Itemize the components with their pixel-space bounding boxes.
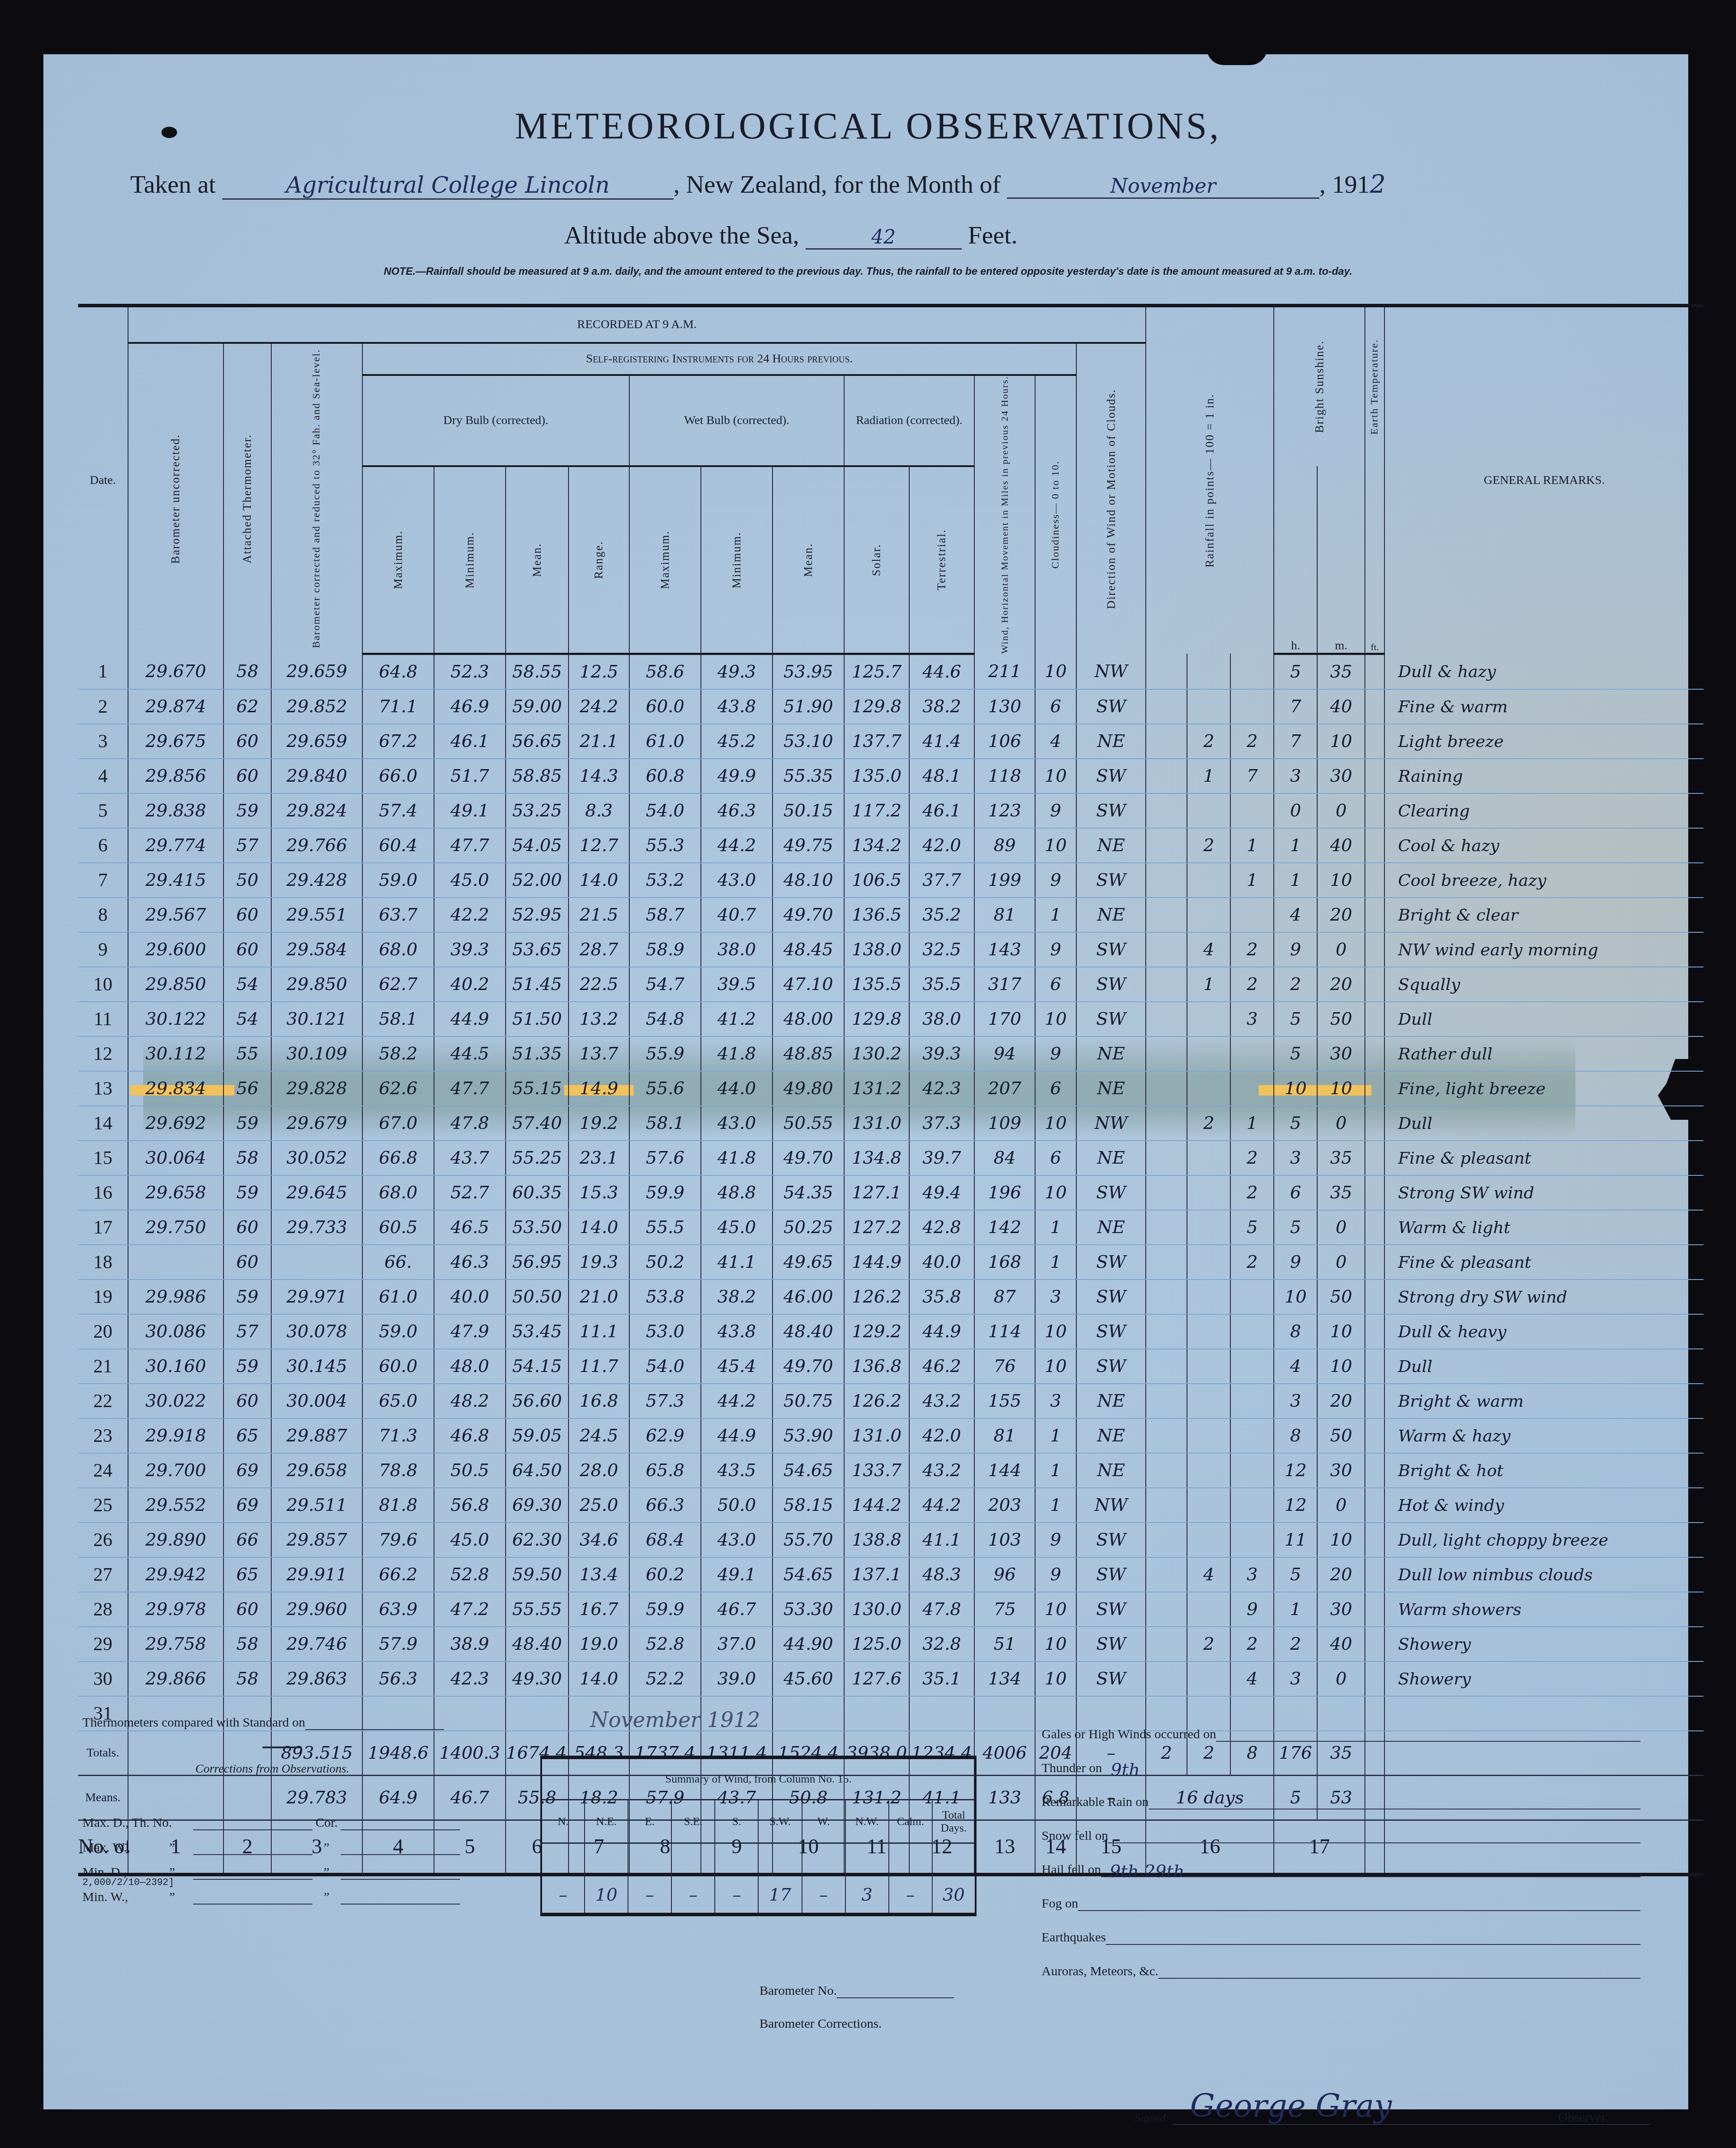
cell-c11[interactable]: 136.8	[844, 1349, 909, 1384]
cell-earth-temp[interactable]	[1365, 1002, 1384, 1036]
event-field[interactable]	[1108, 1828, 1641, 1843]
cell-c2[interactable]: 57	[224, 828, 271, 863]
cell-remarks[interactable]: Dull	[1384, 1002, 1703, 1036]
cell-c7[interactable]: 14.0	[569, 863, 629, 898]
cell-remarks[interactable]: NW wind early morning	[1384, 932, 1703, 967]
cell-sh[interactable]: 5	[1274, 1002, 1317, 1036]
cell-c6[interactable]: 58.85	[506, 759, 569, 793]
cell-c2[interactable]: 65	[224, 1557, 271, 1592]
cell-c6[interactable]: 69.30	[506, 1488, 569, 1523]
cell-c8[interactable]: 60.0	[629, 689, 701, 724]
thermometer-no-field[interactable]	[193, 1864, 312, 1880]
cell-sh[interactable]: 3	[1274, 1141, 1317, 1175]
cell-c8[interactable]: 66.3	[629, 1488, 701, 1523]
cell-c15[interactable]: SW	[1076, 1002, 1146, 1036]
cell-c8[interactable]: 53.8	[629, 1280, 701, 1314]
cell-c1[interactable]: 29.890	[128, 1523, 224, 1557]
cell-c6[interactable]: 51.50	[506, 1002, 569, 1036]
cell-c14[interactable]: 1	[1035, 1488, 1076, 1523]
cell-sm[interactable]: 0	[1317, 793, 1365, 828]
cell-c10[interactable]: 55.70	[773, 1523, 844, 1557]
cell-c12[interactable]: 42.0	[909, 828, 974, 863]
cell-c5[interactable]: 46.1	[434, 724, 506, 759]
cell-c10[interactable]: 48.45	[773, 932, 844, 967]
cell-remarks[interactable]: Hot & windy	[1384, 1488, 1703, 1523]
total-c4[interactable]: 1948.6	[362, 1731, 434, 1776]
cell-remarks[interactable]: Dull	[1384, 1349, 1703, 1384]
cell-c11[interactable]: 134.2	[844, 828, 909, 863]
cell-c6[interactable]: 53.25	[506, 793, 569, 828]
cell-c10[interactable]: 44.90	[773, 1627, 844, 1661]
cell-c9[interactable]: 43.0	[701, 1523, 773, 1557]
cell-c13[interactable]: 109	[974, 1106, 1035, 1141]
cell-c13[interactable]: 155	[974, 1384, 1035, 1418]
cell-r3[interactable]: 1	[1230, 863, 1274, 898]
cell-c1[interactable]: 29.918	[128, 1418, 224, 1453]
cell-c7[interactable]: 24.5	[569, 1418, 629, 1453]
cell-c8[interactable]: 55.3	[629, 828, 701, 863]
cell-c9[interactable]: 46.7	[701, 1592, 773, 1627]
cell-c7[interactable]: 23.1	[569, 1141, 629, 1175]
cell-c10[interactable]: 48.85	[773, 1036, 844, 1071]
cell-c6[interactable]: 55.25	[506, 1141, 569, 1175]
cell-c9[interactable]: 49.1	[701, 1557, 773, 1592]
cell-earth-temp[interactable]	[1365, 1523, 1384, 1557]
cell-c4[interactable]: 58.1	[362, 1002, 434, 1036]
cell-c10[interactable]: 49.70	[773, 1141, 844, 1175]
cell-c8[interactable]: 55.9	[629, 1036, 701, 1071]
cell-c7[interactable]: 12.5	[569, 654, 629, 689]
cell-c13[interactable]: 170	[974, 1002, 1035, 1036]
cell-c8[interactable]: 61.0	[629, 724, 701, 759]
cell-c2[interactable]: 60	[224, 1384, 271, 1418]
cell-c15[interactable]: SW	[1076, 689, 1146, 724]
cell-c8[interactable]: 59.9	[629, 1175, 701, 1210]
cell-remarks[interactable]: Cool & hazy	[1384, 828, 1703, 863]
cell-c2[interactable]: 55	[224, 1036, 271, 1071]
cell-c3[interactable]: 29.911	[271, 1557, 362, 1592]
cell-r1[interactable]	[1146, 1036, 1187, 1071]
cell-c12[interactable]: 42.8	[909, 1210, 974, 1245]
cell-c11[interactable]: 126.2	[844, 1384, 909, 1418]
cell-r3[interactable]: 2	[1230, 1627, 1274, 1661]
cell-c7[interactable]: 25.0	[569, 1488, 629, 1523]
cell-c5[interactable]: 44.5	[434, 1036, 506, 1071]
cell-c10[interactable]: 49.75	[773, 828, 844, 863]
mean-c13[interactable]: 133	[974, 1775, 1035, 1820]
cell-c13[interactable]: 114	[974, 1314, 1035, 1349]
cell-c4[interactable]: 61.0	[362, 1280, 434, 1314]
cell-c3[interactable]: 30.109	[271, 1036, 362, 1071]
cell-c6[interactable]: 48.40	[506, 1627, 569, 1661]
cell-r1[interactable]	[1146, 1592, 1187, 1627]
cell-r2[interactable]	[1187, 1418, 1230, 1453]
cell-c9[interactable]: 43.0	[701, 863, 773, 898]
cell-c13[interactable]: 130	[974, 689, 1035, 724]
cell-c1[interactable]: 29.567	[128, 898, 224, 932]
cell-r1[interactable]	[1146, 1280, 1187, 1314]
cell-c3[interactable]: 29.645	[271, 1175, 362, 1210]
cell-c14[interactable]: 9	[1035, 1557, 1076, 1592]
cell-sm[interactable]: 40	[1317, 828, 1365, 863]
cell-sh[interactable]: 4	[1274, 1349, 1317, 1384]
cell-c10[interactable]: 49.70	[773, 898, 844, 932]
cell-c13[interactable]: 211	[974, 654, 1035, 689]
cell-c5[interactable]: 47.9	[434, 1314, 506, 1349]
cell-c11[interactable]: 125.7	[844, 654, 909, 689]
cell-r2[interactable]	[1187, 1592, 1230, 1627]
cell-c5[interactable]: 39.3	[434, 932, 506, 967]
cell-c13[interactable]: 142	[974, 1210, 1035, 1245]
cell-c2[interactable]: 59	[224, 1175, 271, 1210]
month-field[interactable]: November	[1007, 174, 1319, 199]
cell-c1[interactable]: 29.675	[128, 724, 224, 759]
cell-c12[interactable]: 35.5	[909, 967, 974, 1002]
cell-r1[interactable]	[1146, 1453, 1187, 1488]
cell-c1[interactable]: 29.874	[128, 689, 224, 724]
cell-c12[interactable]: 39.7	[909, 1141, 974, 1175]
cell-c11[interactable]: 144.9	[844, 1245, 909, 1280]
cell-earth-temp[interactable]	[1365, 689, 1384, 724]
cell-c8[interactable]: 52.2	[629, 1661, 701, 1696]
cell-r2[interactable]	[1187, 1141, 1230, 1175]
cell-c7[interactable]: 11.7	[569, 1349, 629, 1384]
cell-c7[interactable]: 8.3	[569, 793, 629, 828]
cell-earth-temp[interactable]	[1365, 1488, 1384, 1523]
cell-c9[interactable]: 43.0	[701, 1106, 773, 1141]
cell-c15[interactable]: NW	[1076, 1106, 1146, 1141]
cell-c5[interactable]: 44.9	[434, 1002, 506, 1036]
cell-sh[interactable]: 8	[1274, 1314, 1317, 1349]
cell-c10[interactable]: 46.00	[773, 1280, 844, 1314]
cell-c1[interactable]: 30.122	[128, 1002, 224, 1036]
cell-sh[interactable]: 1	[1274, 863, 1317, 898]
cell-sh[interactable]: 1	[1274, 1592, 1317, 1627]
cell-c3[interactable]: 29.840	[271, 759, 362, 793]
cell-c7[interactable]: 15.3	[569, 1175, 629, 1210]
cell-c12[interactable]: 48.1	[909, 759, 974, 793]
cell-sh[interactable]: 3	[1274, 1384, 1317, 1418]
wind-dir-count[interactable]: –	[671, 1843, 715, 1915]
cell-c8[interactable]: 55.6	[629, 1071, 701, 1106]
cell-sm[interactable]: 40	[1317, 1627, 1365, 1661]
cell-r1[interactable]	[1146, 1418, 1187, 1453]
cell-r1[interactable]	[1146, 967, 1187, 1002]
cell-c15[interactable]: NE	[1076, 1418, 1146, 1453]
cell-c3[interactable]: 29.766	[271, 828, 362, 863]
cell-c15[interactable]: SW	[1076, 967, 1146, 1002]
cell-c13[interactable]: 51	[974, 1627, 1035, 1661]
cell-c1[interactable]: 29.758	[128, 1627, 224, 1661]
cell-sh[interactable]: 3	[1274, 759, 1317, 793]
cell-c9[interactable]: 45.2	[701, 724, 773, 759]
cell-earth-temp[interactable]	[1365, 1314, 1384, 1349]
cell-c10[interactable]: 55.35	[773, 759, 844, 793]
cell-earth-temp[interactable]	[1365, 1557, 1384, 1592]
cell-sm[interactable]: 0	[1317, 1488, 1365, 1523]
cell-c3[interactable]: 29.733	[271, 1210, 362, 1245]
cell-c15[interactable]: SW	[1076, 1592, 1146, 1627]
cell-c6[interactable]: 52.00	[506, 863, 569, 898]
cell-r3[interactable]	[1230, 1036, 1274, 1071]
cell-sh[interactable]: 10	[1274, 1071, 1317, 1106]
wind-dir-count[interactable]: 10	[585, 1843, 628, 1915]
cell-r3[interactable]: 3	[1230, 1002, 1274, 1036]
cell-sh[interactable]: 4	[1274, 898, 1317, 932]
cell-c6[interactable]: 64.50	[506, 1453, 569, 1488]
cell-c5[interactable]: 43.7	[434, 1141, 506, 1175]
cell-r1[interactable]	[1146, 1071, 1187, 1106]
cell-c8[interactable]: 55.5	[629, 1210, 701, 1245]
cell-sh[interactable]: 2	[1274, 1627, 1317, 1661]
cell-c4[interactable]: 67.0	[362, 1106, 434, 1141]
cell-c11[interactable]: 138.0	[844, 932, 909, 967]
cell-r3[interactable]	[1230, 793, 1274, 828]
cell-sh[interactable]: 9	[1274, 1245, 1317, 1280]
cell-remarks[interactable]: Cool breeze, hazy	[1384, 863, 1703, 898]
cell-r1[interactable]	[1146, 1175, 1187, 1210]
cell-c6[interactable]: 53.45	[506, 1314, 569, 1349]
cell-remarks[interactable]: Dull & heavy	[1384, 1314, 1703, 1349]
cell-c13[interactable]: 134	[974, 1661, 1035, 1696]
cell-c15[interactable]: SW	[1076, 863, 1146, 898]
cell-c3[interactable]: 29.659	[271, 654, 362, 689]
cell-c11[interactable]: 117.2	[844, 793, 909, 828]
cell-r3[interactable]	[1230, 1453, 1274, 1488]
cell-c12[interactable]: 42.0	[909, 1418, 974, 1453]
cell-remarks[interactable]: Dull	[1384, 1106, 1703, 1141]
cell-sh[interactable]: 1	[1274, 828, 1317, 863]
cell-r1[interactable]	[1146, 1245, 1187, 1280]
cell-c4[interactable]: 60.0	[362, 1349, 434, 1384]
cell-c15[interactable]: NW	[1076, 1488, 1146, 1523]
cell-c14[interactable]: 10	[1035, 1661, 1076, 1696]
cell-c11[interactable]: 127.6	[844, 1661, 909, 1696]
cell-c2[interactable]: 60	[224, 724, 271, 759]
cell-c6[interactable]: 50.50	[506, 1280, 569, 1314]
cell-sm[interactable]: 0	[1317, 1245, 1365, 1280]
cell-c7[interactable]: 14.3	[569, 759, 629, 793]
cell-r1[interactable]	[1146, 1384, 1187, 1418]
cell-c4[interactable]: 60.4	[362, 828, 434, 863]
cell-r2[interactable]	[1187, 1175, 1230, 1210]
cell-c13[interactable]: 96	[974, 1557, 1035, 1592]
cell-c2[interactable]: 59	[224, 793, 271, 828]
cell-c13[interactable]: 203	[974, 1488, 1035, 1523]
cell-c15[interactable]: SW	[1076, 793, 1146, 828]
cell-c11[interactable]: 131.2	[844, 1071, 909, 1106]
cell-c5[interactable]: 45.0	[434, 863, 506, 898]
cell-c9[interactable]: 45.0	[701, 1210, 773, 1245]
cell-c5[interactable]: 51.7	[434, 759, 506, 793]
cell-earth-temp[interactable]	[1365, 1384, 1384, 1418]
cell-c4[interactable]: 62.6	[362, 1071, 434, 1106]
cell-c11[interactable]: 125.0	[844, 1627, 909, 1661]
cell-c5[interactable]: 46.3	[434, 1245, 506, 1280]
cell-c15[interactable]: NE	[1076, 1071, 1146, 1106]
cell-c14[interactable]: 10	[1035, 1349, 1076, 1384]
correction-field[interactable]	[341, 1864, 460, 1880]
cell-c3[interactable]: 29.746	[271, 1627, 362, 1661]
cell-c8[interactable]: 60.8	[629, 759, 701, 793]
event-field[interactable]: 9th	[1102, 1760, 1641, 1776]
cell-c13[interactable]: 76	[974, 1349, 1035, 1384]
cell-r3[interactable]: 2	[1230, 932, 1274, 967]
cell-c14[interactable]: 10	[1035, 1627, 1076, 1661]
cell-earth-temp[interactable]	[1365, 724, 1384, 759]
cell-c12[interactable]: 43.2	[909, 1453, 974, 1488]
cell-c11[interactable]: 144.2	[844, 1488, 909, 1523]
cell-c8[interactable]: 52.8	[629, 1627, 701, 1661]
cell-c13[interactable]: 106	[974, 724, 1035, 759]
cell-remarks[interactable]: Clearing	[1384, 793, 1703, 828]
cell-c9[interactable]: 40.7	[701, 898, 773, 932]
cell-c14[interactable]: 9	[1035, 1036, 1076, 1071]
cell-c12[interactable]: 43.2	[909, 1384, 974, 1418]
cell-c7[interactable]: 19.3	[569, 1245, 629, 1280]
wind-dir-count[interactable]: 3	[845, 1843, 889, 1915]
cell-c1[interactable]: 30.160	[128, 1349, 224, 1384]
cell-r2[interactable]	[1187, 1036, 1230, 1071]
cell-c1[interactable]: 29.838	[128, 793, 224, 828]
cell-sm[interactable]: 50	[1317, 1280, 1365, 1314]
cell-c4[interactable]: 78.8	[362, 1453, 434, 1488]
cell-c7[interactable]: 21.5	[569, 898, 629, 932]
cell-sh[interactable]: 0	[1274, 793, 1317, 828]
cell-c10[interactable]	[773, 1696, 844, 1731]
cell-c11[interactable]: 127.1	[844, 1175, 909, 1210]
cell-sh[interactable]: 5	[1274, 1106, 1317, 1141]
cell-c15[interactable]: SW	[1076, 1175, 1146, 1210]
cell-r3[interactable]	[1230, 1418, 1274, 1453]
cell-r2[interactable]	[1187, 898, 1230, 932]
cell-c4[interactable]: 66.0	[362, 759, 434, 793]
cell-c3[interactable]: 29.824	[271, 793, 362, 828]
cell-c11[interactable]: 131.0	[844, 1418, 909, 1453]
cell-c4[interactable]: 62.7	[362, 967, 434, 1002]
cell-c12[interactable]: 32.8	[909, 1627, 974, 1661]
cell-r1[interactable]	[1146, 1106, 1187, 1141]
cell-c9[interactable]: 41.2	[701, 1002, 773, 1036]
cell-earth-temp[interactable]	[1365, 967, 1384, 1002]
cell-c12[interactable]: 37.3	[909, 1106, 974, 1141]
cell-c15[interactable]: NE	[1076, 828, 1146, 863]
cell-r1[interactable]	[1146, 898, 1187, 932]
cell-sh[interactable]: 12	[1274, 1453, 1317, 1488]
cell-c12[interactable]: 41.1	[909, 1523, 974, 1557]
cell-c14[interactable]: 10	[1035, 654, 1076, 689]
cell-earth-temp[interactable]	[1365, 1106, 1384, 1141]
cell-sh[interactable]: 5	[1274, 1210, 1317, 1245]
cell-c7[interactable]: 11.1	[569, 1314, 629, 1349]
cell-c11[interactable]: 129.8	[844, 689, 909, 724]
cell-c7[interactable]: 28.0	[569, 1453, 629, 1488]
cell-c2[interactable]: 58	[224, 1661, 271, 1696]
cell-c9[interactable]: 46.3	[701, 793, 773, 828]
cell-earth-temp[interactable]	[1365, 1453, 1384, 1488]
cell-c15[interactable]: NE	[1076, 724, 1146, 759]
cell-remarks[interactable]: Fine & warm	[1384, 689, 1703, 724]
cell-c11[interactable]: 130.2	[844, 1036, 909, 1071]
cell-r3[interactable]: 2	[1230, 1245, 1274, 1280]
cell-c10[interactable]: 47.10	[773, 967, 844, 1002]
cell-r2[interactable]	[1187, 1661, 1230, 1696]
cell-c1[interactable]: 29.986	[128, 1280, 224, 1314]
cell-c14[interactable]: 4	[1035, 724, 1076, 759]
thermometer-no-field[interactable]	[193, 1839, 312, 1855]
cell-c12[interactable]: 48.3	[909, 1557, 974, 1592]
total-c13[interactable]: 4006	[974, 1731, 1035, 1776]
cell-c1[interactable]: 29.670	[128, 654, 224, 689]
cell-c2[interactable]: 58	[224, 1627, 271, 1661]
cell-earth-temp[interactable]	[1365, 1245, 1384, 1280]
cell-c4[interactable]: 66.	[362, 1245, 434, 1280]
cell-c4[interactable]: 63.7	[362, 898, 434, 932]
cell-r2[interactable]	[1187, 1280, 1230, 1314]
cell-c2[interactable]: 59	[224, 1280, 271, 1314]
cell-c14[interactable]: 10	[1035, 1314, 1076, 1349]
cell-c15[interactable]: NE	[1076, 898, 1146, 932]
cell-c2[interactable]: 60	[224, 1245, 271, 1280]
cell-c1[interactable]: 29.942	[128, 1557, 224, 1592]
total-c5[interactable]: 1400.3	[434, 1731, 506, 1776]
cell-c3[interactable]: 30.121	[271, 1002, 362, 1036]
cell-c11[interactable]: 129.2	[844, 1314, 909, 1349]
cell-sh[interactable]: 7	[1274, 724, 1317, 759]
thermometer-no-field[interactable]	[193, 1815, 312, 1830]
cell-c6[interactable]: 59.50	[506, 1557, 569, 1592]
cell-r1[interactable]	[1146, 689, 1187, 724]
cell-c3[interactable]: 29.679	[271, 1106, 362, 1141]
cell-r3[interactable]: 1	[1230, 828, 1274, 863]
cell-c2[interactable]: 62	[224, 689, 271, 724]
thermometers-compared-field[interactable]	[305, 1714, 444, 1730]
cell-r3[interactable]: 2	[1230, 1141, 1274, 1175]
cell-c12[interactable]: 44.6	[909, 654, 974, 689]
cell-c13[interactable]: 196	[974, 1175, 1035, 1210]
cell-c14[interactable]: 10	[1035, 1592, 1076, 1627]
cell-c10[interactable]: 51.90	[773, 689, 844, 724]
cell-earth-temp[interactable]	[1365, 654, 1384, 689]
cell-c5[interactable]: 42.3	[434, 1661, 506, 1696]
cell-c8[interactable]: 54.0	[629, 1349, 701, 1384]
cell-c8[interactable]: 60.2	[629, 1557, 701, 1592]
cell-c14[interactable]: 10	[1035, 759, 1076, 793]
cell-sh[interactable]: 8	[1274, 1418, 1317, 1453]
cell-c3[interactable]: 29.659	[271, 724, 362, 759]
cell-c3[interactable]: 30.004	[271, 1384, 362, 1418]
cell-c15[interactable]: NW	[1076, 654, 1146, 689]
cell-sm[interactable]: 10	[1317, 1071, 1365, 1106]
cell-r3[interactable]: 2	[1230, 724, 1274, 759]
cell-c1[interactable]: 30.112	[128, 1036, 224, 1071]
cell-sh[interactable]: 2	[1274, 967, 1317, 1002]
cell-remarks[interactable]: Dull low nimbus clouds	[1384, 1557, 1703, 1592]
cell-c12[interactable]: 35.8	[909, 1280, 974, 1314]
cell-c10[interactable]: 58.15	[773, 1488, 844, 1523]
cell-c12[interactable]: 42.3	[909, 1071, 974, 1106]
cell-c3[interactable]: 29.960	[271, 1592, 362, 1627]
cell-c9[interactable]: 41.8	[701, 1036, 773, 1071]
altitude-field[interactable]: 42	[806, 226, 962, 250]
cell-sm[interactable]: 20	[1317, 1557, 1365, 1592]
cell-c11[interactable]: 135.0	[844, 759, 909, 793]
cell-c1[interactable]: 29.700	[128, 1453, 224, 1488]
cell-c9[interactable]: 49.3	[701, 654, 773, 689]
cell-r1[interactable]	[1146, 1523, 1187, 1557]
cell-c11[interactable]: 130.0	[844, 1592, 909, 1627]
wind-dir-count[interactable]: 30	[932, 1843, 976, 1915]
